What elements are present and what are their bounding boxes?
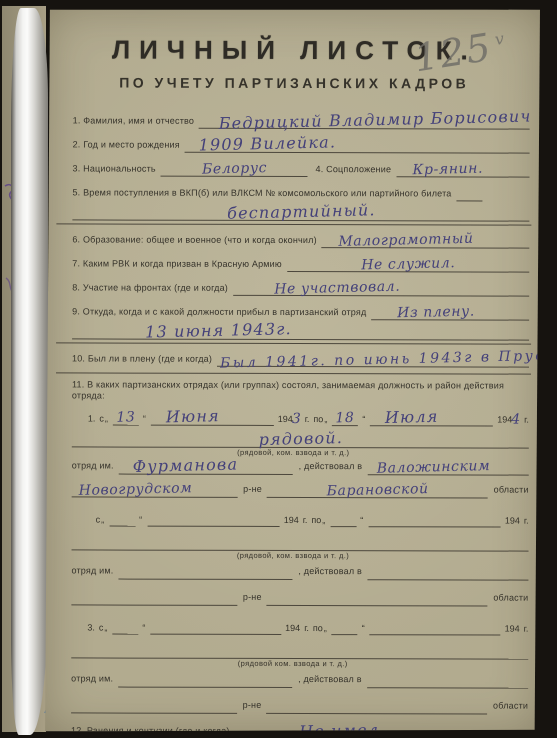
scanned-document: 125v ЛИЧНЫЙ ЛИСТОК. ПО УЧЕТУ ПАРТИЗАНСКИ…	[0, 0, 557, 738]
entry-1-district: Новогрудском	[78, 480, 192, 499]
role-caption: (рядовой, ком. взвода и т. д.)	[46, 550, 541, 560]
close-quote: “	[143, 413, 146, 425]
entry-1-year-from-digit: 3	[292, 410, 301, 426]
entry-3-number: 3.	[87, 622, 95, 634]
entry-2-day-from-blank	[109, 510, 135, 526]
field-7-label: 7. Каким РВК и когда призван в Красную А…	[72, 258, 282, 272]
entry-1-month-from-blank: Июня	[151, 409, 274, 425]
check-mark: v	[494, 29, 508, 49]
field-10-blank: Был 1941г. по июнь 1943г в Пруссии.	[217, 351, 529, 368]
page-number: 125	[411, 25, 495, 81]
field-8-row: 8. Участие на фронтах (где и когда) Не у…	[72, 279, 529, 296]
region-label: области	[493, 701, 528, 714]
region-label: области	[493, 593, 528, 606]
year-suffix: г.	[303, 515, 308, 527]
to-label: по	[313, 414, 323, 426]
entry-1-region: Барановской	[326, 481, 428, 499]
otryad-label: отряд им.	[71, 674, 113, 687]
field-12-row: 12. Ранения и контузии (где и когда) Не …	[71, 723, 528, 738]
entry-1-day-from: 13	[116, 409, 135, 425]
entry-1-district-row: Новогрудском р-не Барановской области	[72, 481, 529, 498]
year-suffix: г.	[524, 623, 529, 635]
field-2-row: 2. Год и место рождения 1909 Вилейка.	[73, 136, 530, 153]
role-caption: (рядовой, ком. взвода и т. д.)	[46, 447, 541, 457]
field-9-value2-blank: 13 июня 1943г.	[72, 323, 529, 340]
field-5-label: 5. Время поступления в ВКП(б) или ВЛКСМ …	[72, 187, 451, 201]
entry-2-month-to-blank	[368, 511, 501, 527]
field-11-row: 11. В каких партизанских отрядах (или гр…	[72, 379, 529, 405]
entry-2-district-blank	[71, 589, 237, 605]
entry-2-day-to-blank	[330, 511, 356, 527]
field-8-blank: Не участвовал.	[233, 280, 529, 297]
entry-2-otryad-blank	[118, 563, 292, 579]
field-9-blank: Из плену.	[371, 304, 529, 320]
acted-in-label: , действовал в	[298, 566, 362, 579]
field-1-value: Бедрицкий Владимир Борисович	[219, 107, 532, 133]
entry-3-day-from-blank	[112, 618, 138, 634]
field-7-value: Не служил.	[361, 255, 455, 273]
field-11-label: 11. В каких партизанских отрядах (или гр…	[72, 379, 529, 405]
field-1-label: 1. Фамилия, имя и отчество	[73, 115, 195, 129]
field-12-blank: Не имел.	[235, 723, 528, 738]
field-6-label: 6. Образование: общее и военное (что и к…	[72, 234, 316, 248]
close-quote: “	[362, 623, 365, 635]
entry-3-month-from-blank	[150, 618, 281, 634]
entry-2-role-blank	[72, 534, 529, 551]
district-label: р-не	[243, 700, 262, 713]
field-12-label: 12. Ранения и контузии (где и когда)	[71, 726, 230, 738]
field-2-blank: 1909 Вилейка.	[185, 137, 530, 154]
field-10-row: 10. Был ли в плену (где и когда) Был 194…	[72, 350, 529, 367]
field-10-label: 10. Был ли в плену (где и когда)	[72, 353, 212, 367]
entry-1-area-blank: Валожинским	[367, 459, 529, 475]
entry-1-year-to-digit: 4	[511, 411, 520, 427]
entry-2-otryad-row: отряд им. , действовал в	[71, 563, 528, 580]
field-9-value2-row: 13 июня 1943г.	[72, 323, 529, 340]
entry-3-area-blank	[367, 672, 529, 688]
entry-2-district-row: р-не области	[71, 589, 528, 606]
field-3-blank: Белорус	[161, 161, 308, 177]
open-quote: „	[105, 413, 108, 425]
entry-1-day-from-blank: 13	[113, 409, 139, 425]
to-label: по	[311, 515, 321, 527]
open-quote: „	[322, 515, 325, 527]
field-5-blank	[457, 185, 483, 201]
field-3-label: 3. Национальность	[73, 163, 156, 176]
section-divider	[56, 223, 531, 225]
close-quote: “	[360, 515, 363, 527]
entry-1-role-row: рядовой.	[72, 431, 529, 448]
entry-2-dates-row: с „ “ 194 г. по „ “ 194 г.	[92, 510, 529, 527]
section-divider	[56, 372, 531, 374]
close-quote: “	[139, 514, 142, 526]
entry-3-region-blank	[266, 697, 487, 714]
section-divider	[56, 342, 531, 344]
year-prefix: 194	[285, 622, 300, 634]
open-quote: „	[324, 414, 327, 426]
field-3-4-row: 3. Национальность Белорус 4. Соцположени…	[73, 160, 530, 177]
field-6-blank: Малограмотный	[322, 232, 530, 249]
year-suffix: г.	[524, 414, 529, 426]
entry-2-role-row	[72, 534, 529, 551]
from-label: с	[96, 514, 101, 526]
entry-3-district-row: р-не области	[71, 697, 528, 714]
district-label: р-не	[243, 484, 262, 497]
entry-1-month-from: Июня	[165, 406, 219, 426]
field-12-value: Не имел.	[299, 720, 386, 738]
open-quote: „	[101, 514, 104, 526]
year-prefix: 194	[278, 413, 293, 425]
field-6-value: Малограмотный	[338, 231, 474, 250]
year-prefix: 194	[505, 515, 520, 527]
year-suffix: г.	[304, 623, 309, 635]
field-2-value: 1909 Вилейка.	[198, 132, 336, 154]
field-7-row: 7. Каким РВК и когда призван в Красную А…	[72, 255, 529, 272]
entry-1-day-to: 18	[336, 409, 355, 425]
entry-1-otryad-blank: Фурманова	[119, 458, 293, 474]
entry-1-region-blank: Барановской	[267, 481, 488, 498]
entry-3-role-row	[71, 642, 528, 659]
field-4-blank: Кр-янин.	[396, 161, 529, 177]
entry-3-otryad-row: отряд им. , действовал в	[71, 671, 528, 688]
entry-2-area-blank	[367, 564, 529, 580]
year-suffix: г.	[524, 515, 529, 527]
entry-1-number: 1.	[88, 413, 96, 425]
to-label: по	[313, 623, 323, 635]
entry-1-otryad-row: отряд им. Фурманова , действовал в Валож…	[72, 458, 529, 475]
entry-1-month-to-blank: Июля	[370, 410, 493, 426]
year-prefix: 194	[505, 623, 520, 635]
entry-1-otryad: Фурманова	[132, 454, 238, 475]
year-prefix: 194	[284, 514, 299, 526]
role-caption: (рядовой ком. взвода и т. д.)	[45, 658, 540, 668]
acted-in-label: , действовал в	[299, 461, 363, 474]
field-5-value: беспартийный.	[226, 200, 375, 222]
field-4-label: 4. Соцположение	[316, 164, 392, 177]
open-quote: „	[104, 622, 107, 634]
page-curl-edge	[11, 8, 48, 735]
field-5-value-row: беспартийный.	[72, 204, 529, 221]
field-9-row: 9. Откуда, когда и с какой должности при…	[72, 303, 529, 320]
close-quote: “	[142, 622, 145, 634]
entry-2-month-from-blank	[147, 510, 280, 526]
field-5-row: 5. Время поступления в ВКП(б) или ВЛКСМ …	[72, 184, 529, 201]
field-9-value: Из плену.	[396, 303, 474, 321]
region-label: области	[494, 485, 529, 498]
field-6-row: 6. Образование: общее и военное (что и к…	[72, 231, 529, 248]
field-9-value2: 13 июня 1943г.	[145, 319, 292, 341]
from-label: с	[99, 413, 104, 425]
entry-3-dates-row: 3. с „ “ 194 г. по „ “ 194 г.	[83, 618, 528, 635]
entry-1-area: Валожинским	[377, 458, 491, 477]
field-1-blank: Бедрицкий Владимир Борисович	[199, 113, 530, 130]
entry-1-month-to: Июля	[385, 406, 439, 426]
entry-1-day-to-blank: 18	[332, 410, 358, 426]
entry-1-role-blank: рядовой.	[72, 431, 529, 448]
page-number-annotation: 125v	[411, 23, 510, 81]
entry-3-district-blank	[71, 697, 237, 713]
entry-3-role-blank	[71, 642, 528, 659]
open-quote: „	[324, 623, 327, 635]
field-8-value: Не участвовал.	[274, 279, 400, 298]
entry-1-district-blank: Новогрудском	[72, 481, 238, 497]
district-label: р-не	[243, 592, 262, 605]
entry-2-region-blank	[267, 589, 488, 606]
field-3-value: Белорус	[201, 160, 266, 178]
field-7-blank: Не служил.	[287, 256, 529, 273]
entry-1-role: рядовой.	[258, 428, 343, 449]
year-suffix: г.	[305, 414, 310, 426]
form-subtitle: ПО УЧЕТУ ПАРТИЗАНСКИХ КАДРОВ	[47, 74, 542, 91]
field-9-label: 9. Откуда, когда и с какой должности при…	[72, 306, 366, 320]
field-5-value-blank: беспартийный.	[72, 204, 529, 221]
form-page: 125v ЛИЧНЫЙ ЛИСТОК. ПО УЧЕТУ ПАРТИЗАНСКИ…	[45, 8, 542, 732]
from-label: с	[99, 622, 104, 634]
field-4-value: Кр-янин.	[412, 161, 483, 179]
entry-1-dates-row: 1. с „ 13 “ Июня 1943 г. по „ 18 “ Июля …	[84, 409, 529, 426]
field-2-label: 2. Год и место рождения	[73, 139, 180, 153]
field-8-label: 8. Участие на фронтах (где и когда)	[72, 282, 228, 296]
entry-3-otryad-blank	[118, 671, 292, 687]
acted-in-label: , действовал в	[298, 674, 362, 687]
close-quote: “	[362, 414, 365, 426]
entry-3-day-to-blank	[332, 619, 358, 635]
field-1-row: 1. Фамилия, имя и отчество Бедрицкий Вла…	[73, 112, 530, 129]
entry-3-month-to-blank	[370, 619, 501, 635]
otryad-label: отряд им.	[72, 461, 114, 474]
otryad-label: отряд им.	[71, 566, 113, 579]
field-10-value: Был 1941г. по июнь 1943г в Пруссии.	[220, 347, 557, 372]
